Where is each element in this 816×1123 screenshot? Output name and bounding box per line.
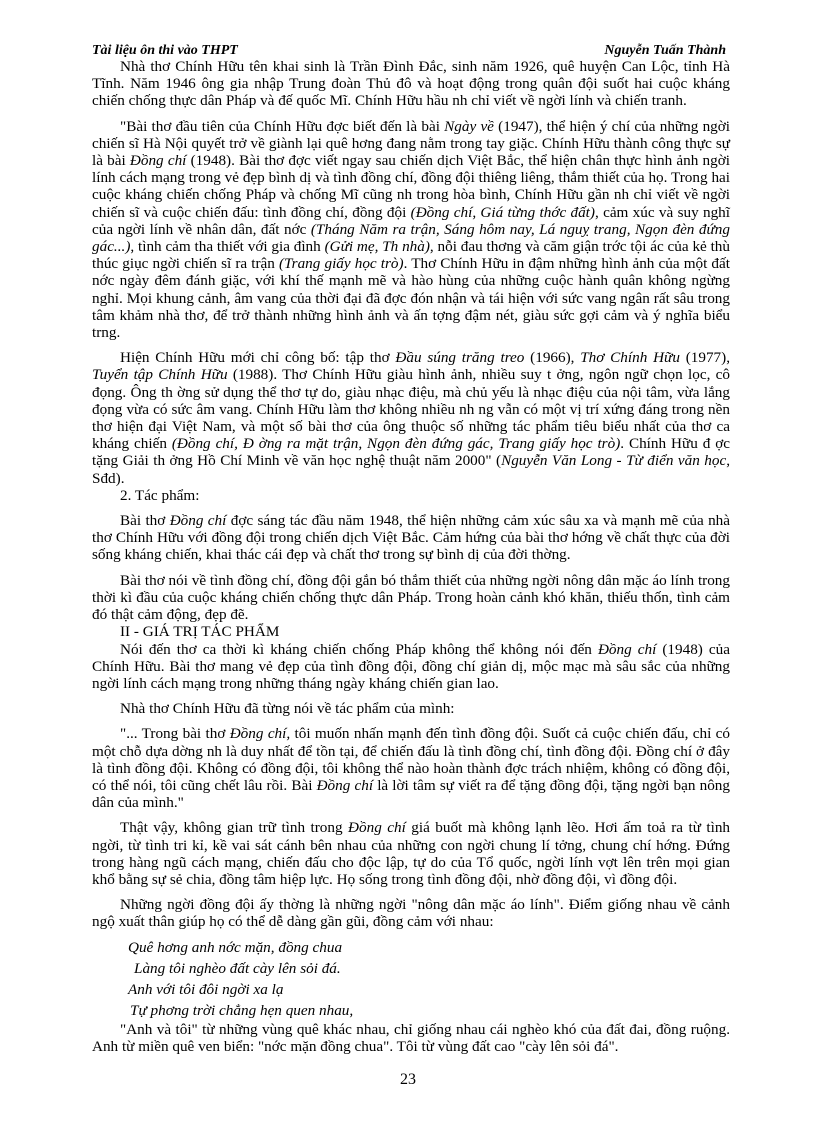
work-title: Đồng chí bbox=[598, 641, 656, 658]
work-title: Đồng chí bbox=[170, 512, 227, 529]
work-title: Tuyển tập Chính Hữu bbox=[92, 366, 228, 383]
work-title: Đầu súng trăng treo bbox=[395, 349, 524, 366]
paragraph-analysis-1: Thật vậy, không gian trữ tình trong Đồng… bbox=[92, 819, 730, 888]
paragraph-author-bio: Nhà thơ Chính Hữu tên khai sinh là Trần … bbox=[92, 58, 730, 110]
text-run: "... Trong bài thơ bbox=[120, 725, 230, 742]
paragraph-career: "Bài thơ đầu tiên của Chính Hữu đợc biết… bbox=[92, 118, 730, 342]
page-number: 23 bbox=[0, 1071, 816, 1089]
work-title: Thơ Chính Hữu bbox=[580, 349, 680, 366]
citation: Nguyễn Văn Long - Từ điển văn học bbox=[501, 452, 726, 469]
work-title: Đồng chí, bbox=[230, 725, 290, 742]
verse-line: Anh với tôi đôi ngời xa lạ bbox=[92, 979, 730, 1000]
paragraph-value-intro: Nói đến thơ ca thời kì kháng chiến chống… bbox=[92, 641, 730, 693]
paragraph-analysis-2: Những ngời đồng đội ấy thờng là những ng… bbox=[92, 896, 730, 930]
header-doc-title: Tài liệu ôn thi vào THPT bbox=[92, 43, 238, 59]
text-run: (1966), bbox=[524, 349, 580, 366]
document-body: Nhà thơ Chính Hữu tên khai sinh là Trần … bbox=[92, 58, 730, 1055]
header-author: Nguyễn Tuấn Thành bbox=[604, 43, 726, 59]
verse-line: Quê hơng anh nớc mặn, đồng chua bbox=[92, 937, 730, 958]
work-title: Đồng chí bbox=[348, 819, 406, 836]
work-title: (Trang giấy học trò) bbox=[279, 255, 404, 272]
work-title: (Gửi mẹ, Th nhà) bbox=[325, 238, 430, 255]
text-run: Bài thơ bbox=[120, 512, 170, 529]
text-run: Thật vậy, không gian trữ tình trong bbox=[120, 819, 348, 836]
text-run: (1977), bbox=[680, 349, 730, 366]
work-title: (Đồng chí, Đ ờng ra mặt trận, Ngọn đèn đ… bbox=[172, 435, 620, 452]
paragraph-work-intro: Bài thơ Đồng chí đợc sáng tác đầu năm 19… bbox=[92, 512, 730, 564]
work-title: Đồng chí bbox=[130, 152, 187, 169]
text-run: Nói đến thơ ca thời kì kháng chiến chống… bbox=[120, 641, 598, 658]
section-heading-value: II - GIÁ TRỊ TÁC PHẨM bbox=[92, 623, 730, 640]
text-run: , tình cảm tha thiết với gia đình bbox=[130, 238, 324, 255]
paragraph-work-theme: Bài thơ nói về tình đồng chí, đồng đội g… bbox=[92, 572, 730, 624]
work-title: (Đồng chí, Giá từng thớc đất) bbox=[411, 204, 595, 221]
paragraph-analysis-3: "Anh và tôi" từ những vùng quê khác nhau… bbox=[92, 1021, 730, 1055]
paragraph-author-said: Nhà thơ Chính Hữu đã từng nói về tác phẩ… bbox=[92, 700, 730, 717]
poem-excerpt: Quê hơng anh nớc mặn, đồng chua Làng tôi… bbox=[92, 937, 730, 1021]
section-heading-works: 2. Tác phẩm: bbox=[92, 487, 730, 504]
work-title: Đồng chí bbox=[317, 777, 373, 794]
text-run: Hiện Chính Hữu mới chỉ công bố: tập thơ bbox=[120, 349, 395, 366]
work-title: Ngày về bbox=[444, 118, 494, 135]
paragraph-works: Hiện Chính Hữu mới chỉ công bố: tập thơ … bbox=[92, 349, 730, 487]
verse-line: Làng tôi nghèo đất cày lên sỏi đá. bbox=[92, 958, 730, 979]
paragraph-quote: "... Trong bài thơ Đồng chí, tôi muốn nh… bbox=[92, 725, 730, 811]
document-page: Tài liệu ôn thi vào THPT Nguyễn Tuấn Thà… bbox=[0, 0, 816, 1123]
text-run: "Bài thơ đầu tiên của Chính Hữu đợc biết… bbox=[120, 118, 444, 135]
verse-line: Tự phơng trời chẳng hẹn quen nhau, bbox=[92, 1000, 730, 1021]
